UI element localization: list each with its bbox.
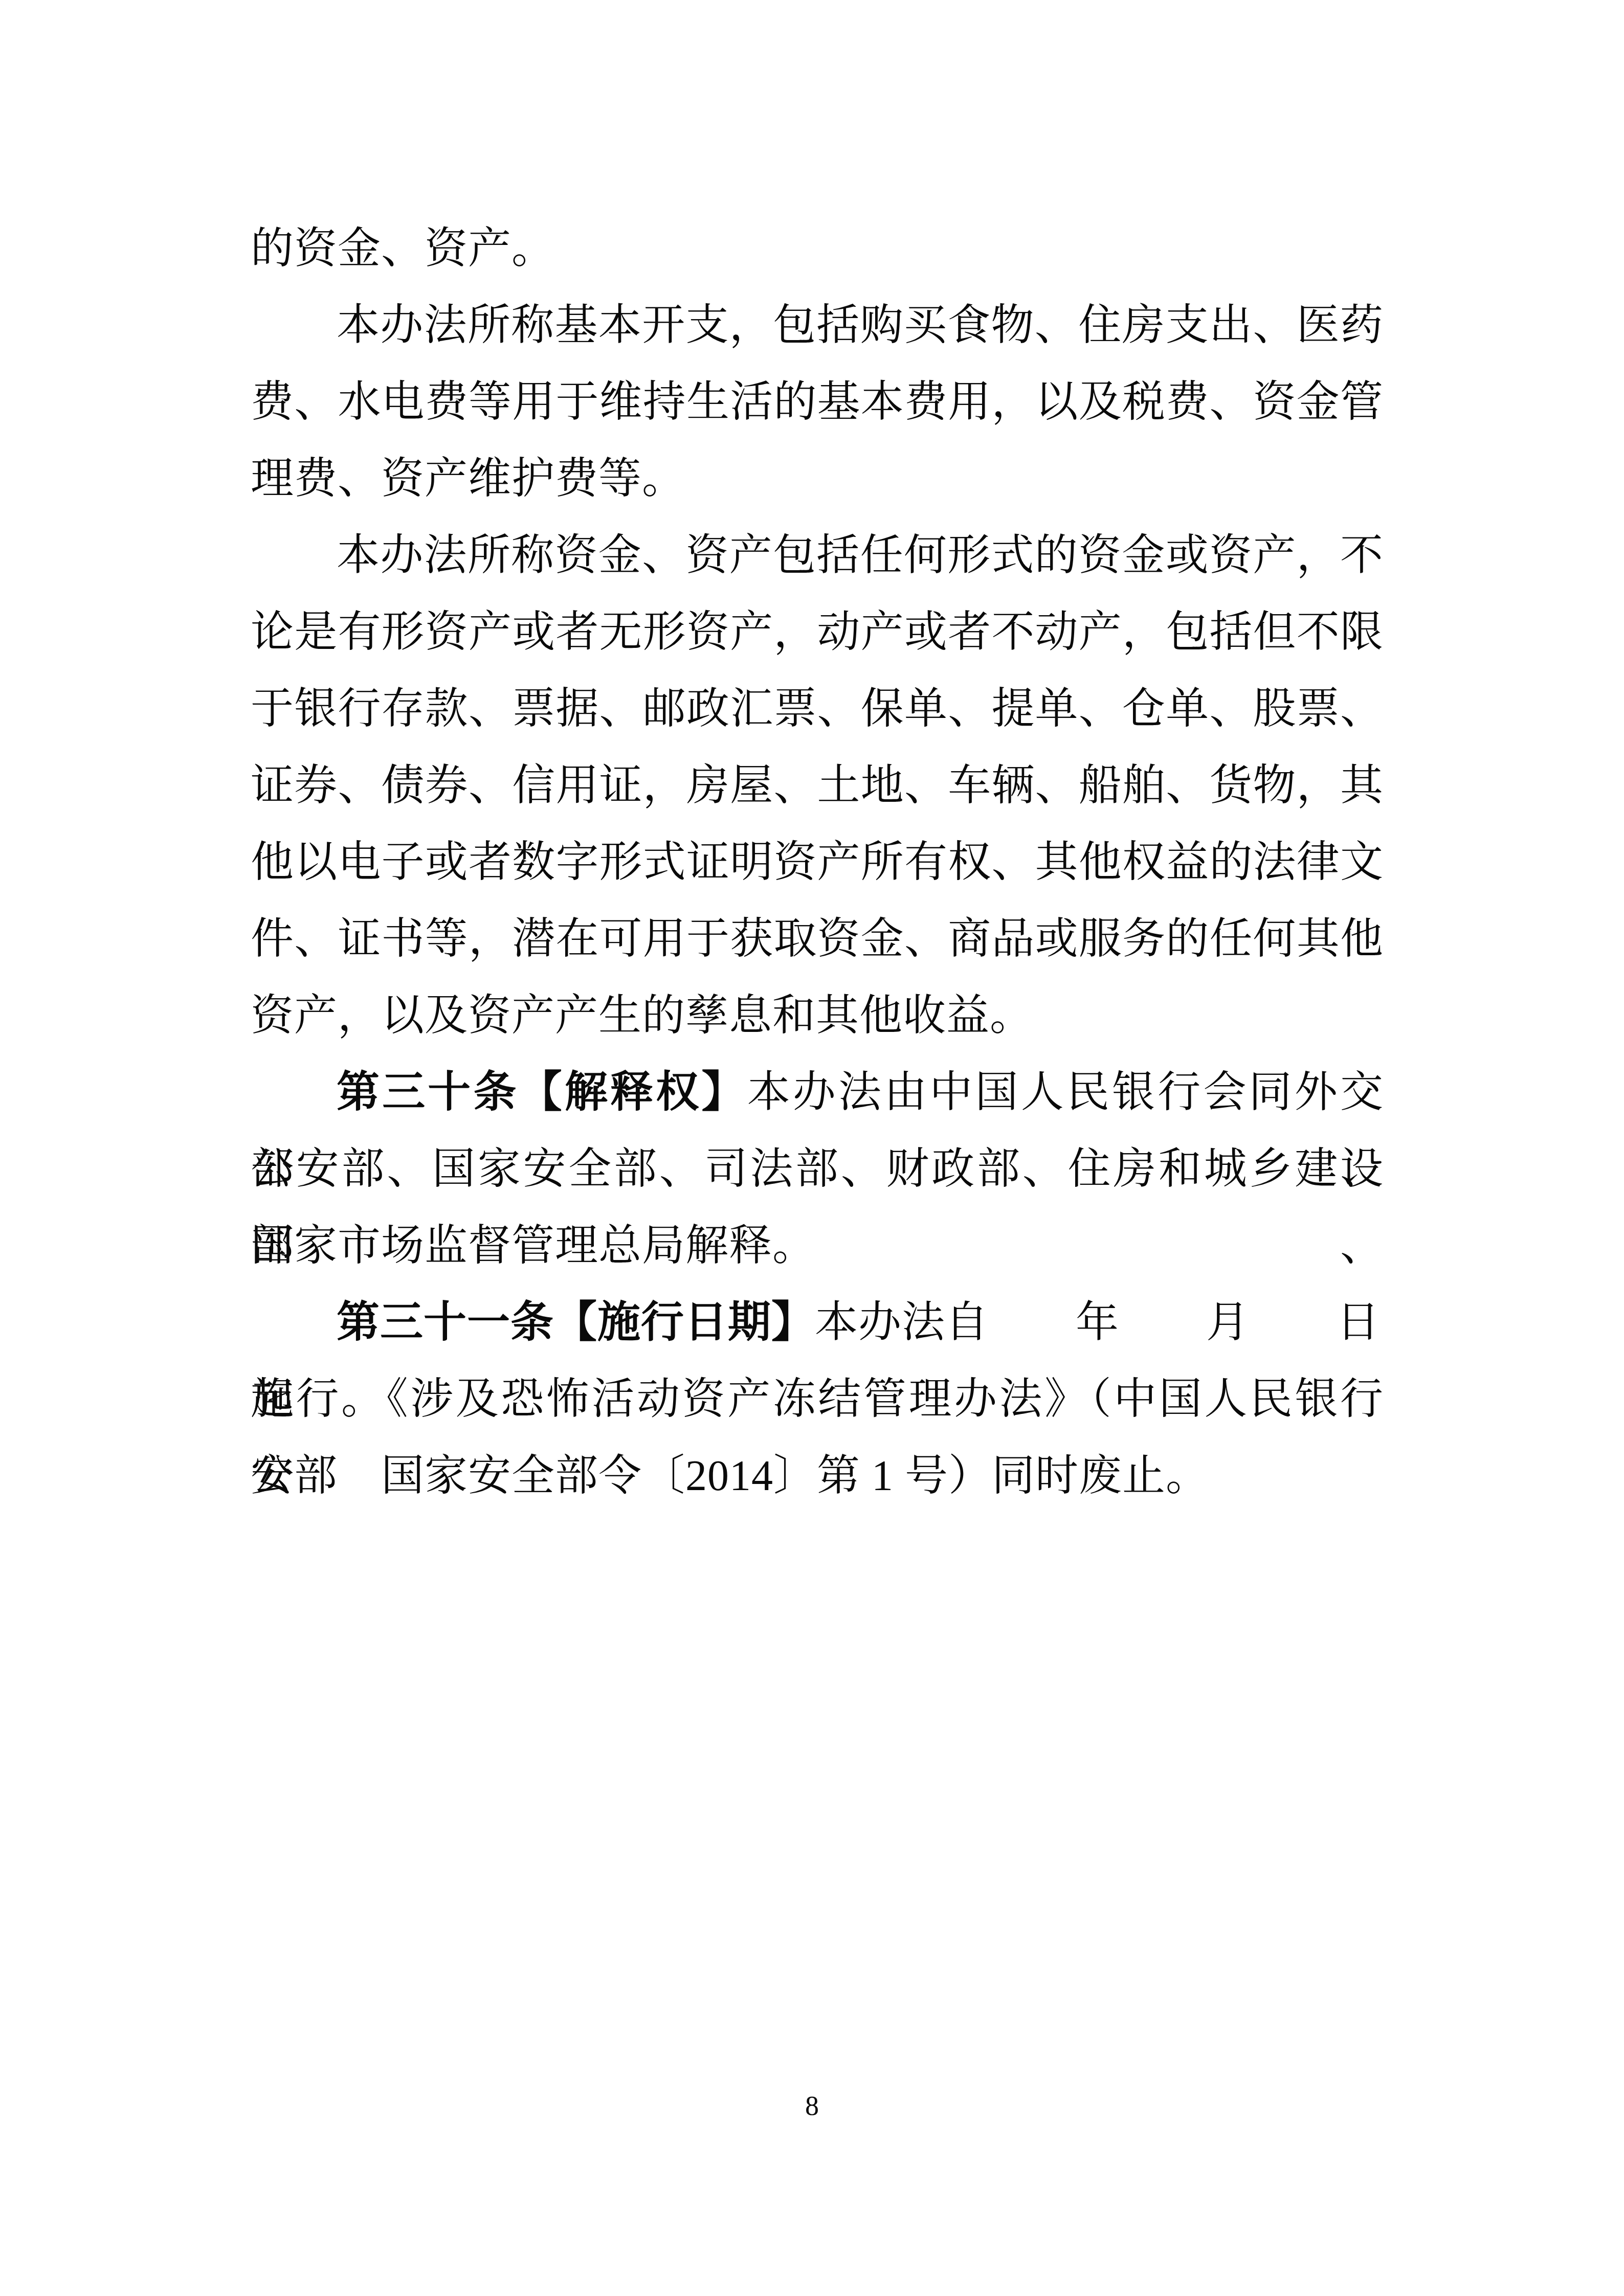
line-6-text: 论是有形资产或者无形资产，动产或者不动产，包括但不限 bbox=[251, 609, 1384, 656]
line-5: 本办法所称资金、资产包括任何形式的资金或资产，不 bbox=[251, 517, 1384, 594]
line-1: 的资金、资产。 bbox=[251, 211, 1384, 287]
line-14-text: 国家市场监督管理总局解释。 bbox=[251, 1222, 816, 1270]
line-3-text: 费、水电费等用于维持生活的基本费用，以及税费、资金管 bbox=[251, 378, 1384, 426]
line-16: 施行。《涉及恐怖活动资产冻结管理办法》（中国人民银行 公 bbox=[251, 1361, 1384, 1438]
line-3: 费、水电费等用于维持生活的基本费用，以及税费、资金管 bbox=[251, 364, 1384, 441]
line-6: 论是有形资产或者无形资产，动产或者不动产，包括但不限 bbox=[251, 594, 1384, 671]
line-2: 本办法所称基本开支，包括购买食物、住房支出、医药 bbox=[251, 287, 1384, 364]
line-7: 于银行存款、票据、邮政汇票、保单、提单、仓单、股票、 bbox=[251, 671, 1384, 748]
line-13: 公安部、国家安全部、司法部、财政部、住房和城乡建设部、 bbox=[251, 1131, 1384, 1208]
line-2-text: 本办法所称基本开支，包括购买食物、住房支出、医药 bbox=[337, 302, 1384, 349]
line-7-text: 于银行存款、票据、邮政汇票、保单、提单、仓单、股票、 bbox=[251, 685, 1384, 733]
line-10: 件、证书等，潜在可用于获取资金、商品或服务的任何其他 bbox=[251, 901, 1384, 978]
line-4: 理费、资产维护费等。 bbox=[251, 441, 1384, 517]
line-9: 他以电子或者数字形式证明资产所有权、其他权益的法律文 bbox=[251, 824, 1384, 901]
line-4-text: 理费、资产维护费等。 bbox=[251, 455, 685, 503]
line-11: 资产，以及资产产生的孳息和其他收益。 bbox=[251, 978, 1384, 1054]
article-30-heading: 第三十条【解释权】 bbox=[337, 1069, 747, 1116]
line-10-text: 件、证书等，潜在可用于获取资金、商品或服务的任何其他 bbox=[251, 915, 1384, 963]
line-8-text: 证券、债券、信用证，房屋、土地、车辆、船舶、货物，其 bbox=[251, 762, 1384, 809]
line-17: 安部 国家安全部令〔2014〕第 1 号）同时废止。 bbox=[251, 1438, 1384, 1515]
line-1-text: 的资金、资产。 bbox=[251, 225, 555, 273]
line-11-text: 资产，以及资产产生的孳息和其他收益。 bbox=[251, 992, 1033, 1040]
line-5-text: 本办法所称资金、资产包括任何形式的资金或资产，不 bbox=[337, 532, 1384, 579]
line-17-text: 安部 国家安全部令〔2014〕第 1 号）同时废止。 bbox=[251, 1452, 1209, 1500]
document-page: 的资金、资产。 本办法所称基本开支，包括购买食物、住房支出、医药 费、水电费等用… bbox=[0, 0, 1624, 2296]
line-9-text: 他以电子或者数字形式证明资产所有权、其他权益的法律文 bbox=[251, 839, 1384, 886]
body-text: 的资金、资产。 本办法所称基本开支，包括购买食物、住房支出、医药 费、水电费等用… bbox=[251, 211, 1384, 1515]
line-8: 证券、债券、信用证，房屋、土地、车辆、船舶、货物，其 bbox=[251, 748, 1384, 824]
line-12-article-30: 第三十条【解释权】本办法由中国人民银行会同外交部、 bbox=[251, 1054, 1384, 1131]
page-number: 8 bbox=[0, 2090, 1624, 2121]
line-15-article-31: 第三十一条【施行日期】本办法自 年 月 日起 bbox=[251, 1285, 1384, 1361]
article-31-heading: 第三十一条【施行日期】 bbox=[337, 1299, 815, 1346]
